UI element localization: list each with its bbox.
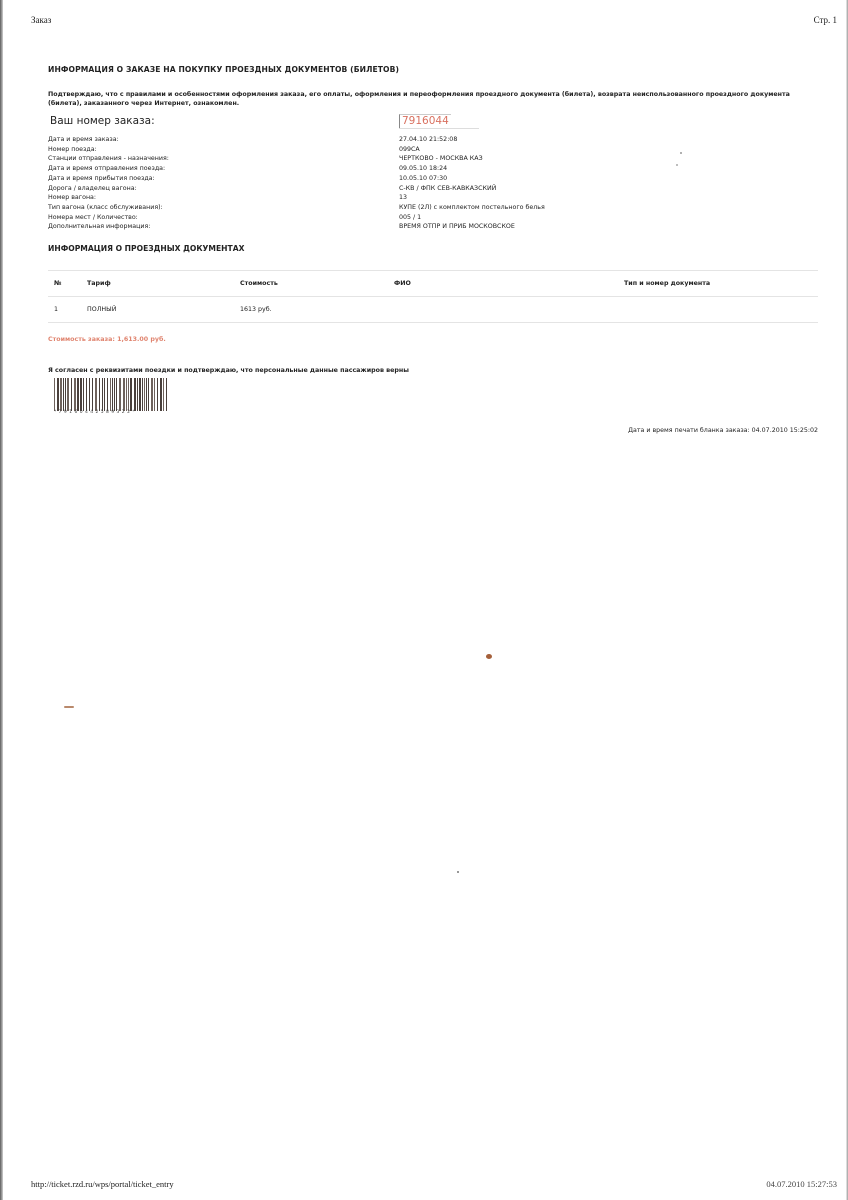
cell-cost: 1613 руб.	[240, 306, 394, 313]
order-detail-row: Тип вагона (класс обслуживания):КУПЕ (2Л…	[48, 203, 545, 213]
order-detail-value: С-КВ / ФПК СЕВ-КАВКАЗСКИЙ	[399, 184, 496, 194]
order-detail-row: Дата и время отправления поезда:09.05.10…	[48, 164, 545, 174]
order-detail-value: ВРЕМЯ ОТПР И ПРИБ МОСКОВСКОЕ	[399, 222, 515, 232]
order-detail-value: 27.04.10 21:52:08	[399, 135, 457, 145]
footer-url: http://ticket.rzd.ru/wps/portal/ticket_e…	[31, 1179, 174, 1189]
order-detail-label: Номер вагона:	[48, 193, 399, 203]
column-header-cost: Стоимость	[240, 280, 394, 287]
order-number-underline	[399, 128, 479, 129]
order-detail-value: 13	[399, 193, 407, 203]
column-header-name: ФИО	[394, 280, 624, 287]
scan-spot	[680, 152, 682, 154]
order-detail-label: Тип вагона (класс обслуживания):	[48, 203, 399, 213]
order-detail-label: Дата и время отправления поезда:	[48, 164, 399, 174]
order-number-value: 7916044	[399, 114, 451, 128]
order-number-label: Ваш номер заказа:	[50, 115, 155, 127]
order-detail-row: Номера мест / Количество:005 / 1	[48, 213, 545, 223]
table-header-row: № Тариф Стоимость ФИО Тип и номер докуме…	[48, 271, 818, 296]
order-detail-row: Номер поезда:099СА	[48, 145, 545, 155]
scan-spot	[486, 654, 492, 659]
order-detail-value: 09.05.10 18:24	[399, 164, 447, 174]
documents-table: № Тариф Стоимость ФИО Тип и номер докуме…	[48, 270, 818, 323]
confirmation-text: Подтверждаю, что с правилами и особеннос…	[48, 90, 818, 108]
order-detail-row: Дата и время заказа:27.04.10 21:52:08	[48, 135, 545, 145]
barcode-caption: *79160442589322*	[54, 410, 169, 415]
order-detail-row: Дорога / владелец вагона:С-КВ / ФПК СЕВ-…	[48, 184, 545, 194]
column-header-tariff: Тариф	[87, 280, 240, 287]
order-detail-label: Номера мест / Количество:	[48, 213, 399, 223]
order-detail-value: КУПЕ (2Л) с комплектом постельного белья	[399, 203, 545, 213]
order-detail-row: Станции отправления - назначения:ЧЕРТКОВ…	[48, 154, 545, 164]
order-detail-value: 005 / 1	[399, 213, 421, 223]
order-detail-label: Номер поезда:	[48, 145, 399, 155]
order-detail-label: Дорога / владелец вагона:	[48, 184, 399, 194]
agreement-text: Я согласен с реквизитами поездки и подтв…	[48, 367, 409, 374]
order-total: Стоимость заказа: 1,613.00 руб.	[48, 336, 166, 343]
scan-spot	[457, 871, 459, 873]
cell-number: 1	[48, 306, 87, 313]
order-detail-label: Дата и время заказа:	[48, 135, 399, 145]
order-detail-row: Номер вагона:13	[48, 193, 545, 203]
scan-edge-left	[0, 0, 3, 1200]
order-detail-label: Станции отправления - назначения:	[48, 154, 399, 164]
table-row: 1 ПОЛНЫЙ 1613 руб.	[48, 297, 818, 322]
document-title: ИНФОРМАЦИЯ О ЗАКАЗЕ НА ПОКУПКУ ПРОЕЗДНЫХ…	[48, 65, 399, 74]
order-detail-value: 10.05.10 07:30	[399, 174, 447, 184]
page-number: Стр. 1	[814, 15, 837, 25]
documents-section-title: ИНФОРМАЦИЯ О ПРОЕЗДНЫХ ДОКУМЕНТАХ	[48, 244, 244, 253]
column-header-number: №	[48, 280, 87, 287]
order-detail-value: ЧЕРТКОВО - МОСКВА КАЗ	[399, 154, 483, 164]
scan-spot	[64, 706, 74, 708]
order-details-table: Дата и время заказа:27.04.10 21:52:08Ном…	[48, 135, 545, 232]
order-detail-label: Дата и время прибытия поезда:	[48, 174, 399, 184]
order-detail-label: Дополнительная информация:	[48, 222, 399, 232]
print-timestamp: Дата и время печати бланка заказа: 04.07…	[628, 427, 818, 434]
column-header-document: Тип и номер документа	[624, 280, 818, 287]
order-detail-value: 099СА	[399, 145, 420, 155]
scan-spot	[676, 164, 678, 166]
footer-timestamp: 04.07.2010 15:27:53	[766, 1179, 837, 1189]
order-detail-row: Дата и время прибытия поезда:10.05.10 07…	[48, 174, 545, 184]
order-detail-row: Дополнительная информация:ВРЕМЯ ОТПР И П…	[48, 222, 545, 232]
cell-tariff: ПОЛНЫЙ	[87, 306, 240, 313]
table-divider	[48, 322, 818, 323]
page-header-title: Заказ	[31, 15, 51, 25]
barcode-image	[54, 378, 167, 411]
